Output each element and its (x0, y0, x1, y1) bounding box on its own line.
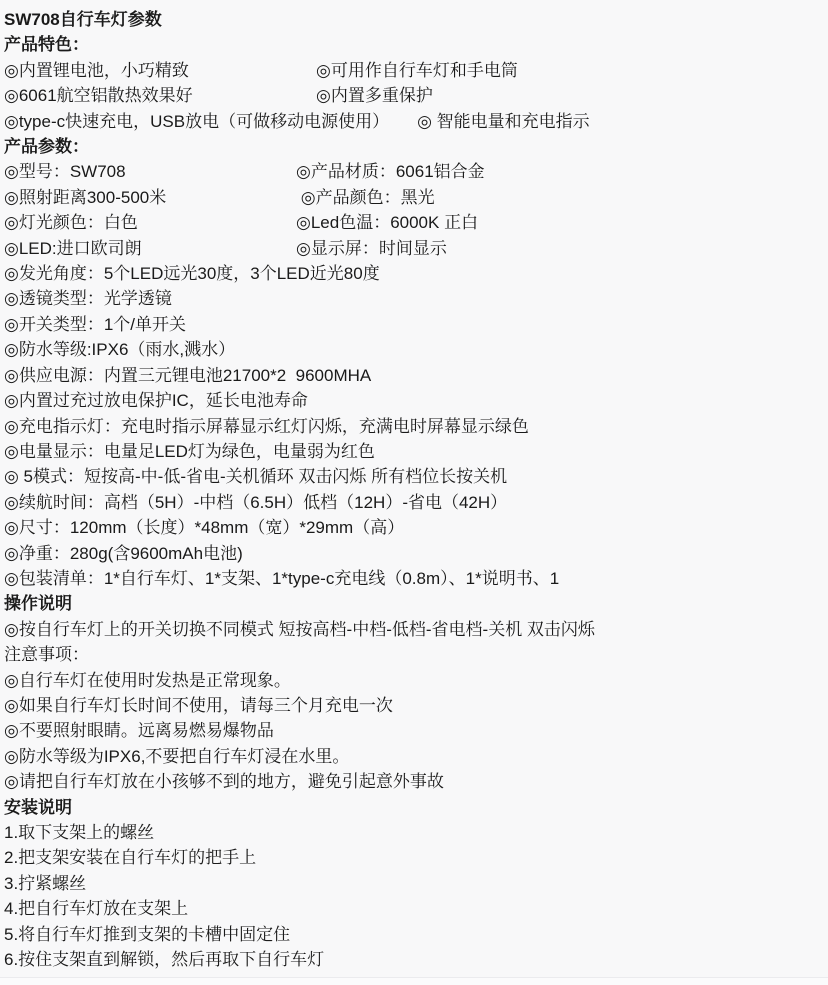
spec-line: ◎发光角度：5个LED远光30度，3个LED近光80度 (4, 261, 816, 286)
section-installation: 安装说明1.取下支架上的螺丝2.把支架安装在自行车灯的把手上3.拧紧螺丝4.把自… (4, 795, 816, 973)
spec-line: 3.拧紧螺丝 (4, 871, 816, 896)
spec-line-left: ◎type-c快速充电，USB放电（可做移动电源使用） (4, 109, 417, 134)
spec-line-left: ◎6061航空铝散热效果好 (4, 83, 316, 108)
spec-line-right: ◎ 智能电量和充电指示 (417, 109, 590, 134)
spec-line: ◎照射距离300-500米 ◎产品颜色：黑光 (4, 185, 816, 210)
bottom-divider (0, 977, 828, 985)
spec-line: ◎自行车灯在使用时发热是正常现象。 (4, 668, 816, 693)
spec-line: ◎不要照射眼睛。远离易燃易爆物品 (4, 718, 816, 743)
document: SW708自行车灯参数 产品特色：◎内置锂电池，小巧精致◎可用作自行车灯和手电筒… (0, 0, 828, 972)
spec-line: ◎尺寸：120mm（长度）*48mm（宽）*29mm（高） (4, 515, 816, 540)
spec-line: ◎透镜类型：光学透镜 (4, 286, 816, 311)
spec-line: ◎供应电源：内置三元锂电池21700*2 9600MHA (4, 363, 816, 388)
spec-line: ◎内置过充过放电保护IC，延长电池寿命 (4, 388, 816, 413)
spec-line: 6.按住支架直到解锁，然后再取下自行车灯 (4, 947, 816, 972)
spec-line: ◎续航时间：高档（5H）-中档（6.5H）低档（12H）-省电（42H） (4, 490, 816, 515)
document-sections: 产品特色：◎内置锂电池，小巧精致◎可用作自行车灯和手电筒◎6061航空铝散热效果… (4, 32, 816, 972)
spec-line: ◎按自行车灯上的开关切换不同模式 短按高档-中档-低档-省电档-关机 双击闪烁 (4, 617, 816, 642)
section-heading-product-params: 产品参数： (4, 134, 816, 159)
spec-line: ◎防水等级为IPX6,不要把自行车灯浸在水里。 (4, 744, 816, 769)
spec-line: ◎LED:进口欧司朗◎显示屏：时间显示 (4, 236, 816, 261)
spec-line: ◎充电指示灯：充电时指示屏幕显示红灯闪烁，充满电时屏幕显示绿色 (4, 414, 816, 439)
spec-line: ◎ 5模式：短按高-中-低-省电-关机循环 双击闪烁 所有档位长按关机 (4, 464, 816, 489)
spec-line: 4.把自行车灯放在支架上 (4, 896, 816, 921)
spec-line-right: ◎Led色温：6000K 正白 (296, 210, 478, 235)
spec-line-right: ◎可用作自行车灯和手电筒 (316, 58, 518, 83)
spec-line: 5.将自行车灯推到支架的卡槽中固定住 (4, 922, 816, 947)
section-heading-installation: 安装说明 (4, 795, 816, 820)
spec-line: ◎内置锂电池，小巧精致◎可用作自行车灯和手电筒 (4, 58, 816, 83)
spec-line-right: ◎显示屏：时间显示 (296, 236, 447, 261)
spec-line: ◎6061航空铝散热效果好◎内置多重保护 (4, 83, 816, 108)
spec-line: ◎型号：SW708◎产品材质：6061铝合金 (4, 159, 816, 184)
spec-line: 1.取下支架上的螺丝 (4, 820, 816, 845)
section-product-params: 产品参数：◎型号：SW708◎产品材质：6061铝合金◎照射距离300-500米… (4, 134, 816, 591)
section-operation: 操作说明◎按自行车灯上的开关切换不同模式 短按高档-中档-低档-省电档-关机 双… (4, 591, 816, 642)
spec-line: ◎type-c快速充电，USB放电（可做移动电源使用）◎ 智能电量和充电指示 (4, 109, 816, 134)
spec-line-left: ◎LED:进口欧司朗 (4, 236, 296, 261)
spec-line: ◎包装清单：1*自行车灯、1*支架、1*type-c充电线（0.8m）、1*说明… (4, 566, 816, 591)
section-product-features: 产品特色：◎内置锂电池，小巧精致◎可用作自行车灯和手电筒◎6061航空铝散热效果… (4, 32, 816, 134)
spec-line: 2.把支架安装在自行车灯的把手上 (4, 845, 816, 870)
section-heading-operation: 操作说明 (4, 591, 816, 616)
spec-line: ◎防水等级:IPX6（雨水,溅水） (4, 337, 816, 362)
spec-line: ◎电量显示：电量足LED灯为绿色，电量弱为红色 (4, 439, 816, 464)
spec-line-right: ◎产品颜色：黑光 (296, 185, 435, 210)
section-notices: 注意事项：◎自行车灯在使用时发热是正常现象。◎如果自行车灯长时间不使用，请每三个… (4, 642, 816, 794)
section-heading-notices: 注意事项： (4, 642, 816, 667)
spec-line: ◎净重：280g(含9600mAh电池) (4, 541, 816, 566)
doc-title: SW708自行车灯参数 (4, 7, 816, 32)
spec-line-left: ◎内置锂电池，小巧精致 (4, 58, 316, 83)
spec-line: ◎请把自行车灯放在小孩够不到的地方，避免引起意外事故 (4, 769, 816, 794)
spec-line-left: ◎型号：SW708 (4, 159, 296, 184)
spec-line-left: ◎照射距离300-500米 (4, 185, 296, 210)
section-heading-product-features: 产品特色： (4, 32, 816, 57)
spec-line-left: ◎灯光颜色：白色 (4, 210, 296, 235)
spec-line: ◎如果自行车灯长时间不使用，请每三个月充电一次 (4, 693, 816, 718)
spec-line: ◎灯光颜色：白色◎Led色温：6000K 正白 (4, 210, 816, 235)
spec-line-right: ◎内置多重保护 (316, 83, 433, 108)
spec-line-right: ◎产品材质：6061铝合金 (296, 159, 485, 184)
spec-line: ◎开关类型：1个/单开关 (4, 312, 816, 337)
